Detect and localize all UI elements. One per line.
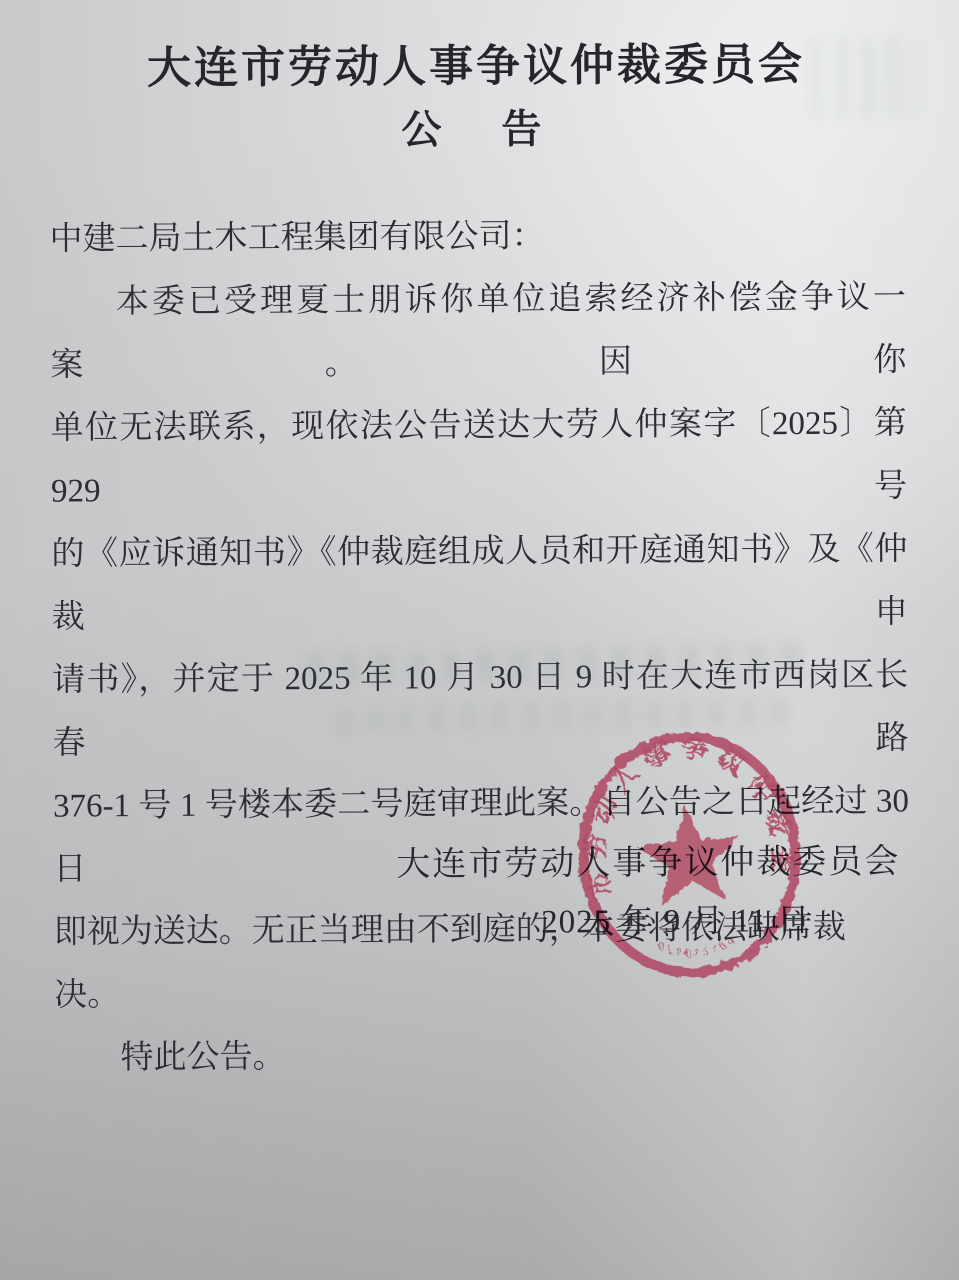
body-line: 单位无法联系，现依法公告送达大劳人仲案字〔2025〕第 929 号 [51, 392, 908, 523]
seal-star-icon [632, 799, 745, 908]
notice-title: 公 告 [0, 95, 956, 158]
paper-content: 大连市劳动人事争议仲裁委员会 公 告 中建二局土木工程集团有限公司： 本委已受理… [0, 0, 959, 1280]
document-photo: 大连市劳动人事争议仲裁委员会 公 告 中建二局土木工程集团有限公司： 本委已受理… [0, 0, 959, 1280]
closing-line: 特此公告。 [54, 1022, 910, 1090]
official-seal: 大连市劳动人事争议仲裁委员会 010035760 [556, 712, 824, 998]
seal-code: 010035760 [655, 933, 741, 963]
page-title: 大连市劳动人事争议仲裁委员会 [0, 27, 956, 97]
svg-text:010035760: 010035760 [655, 933, 741, 963]
body-line: 的《应诉通知书》《仲裁庭组成人员和开庭通知书》及《仲裁申 [51, 518, 908, 649]
recipient-line: 中建二局土木工程集团有限公司： [49, 203, 905, 271]
body-line: 本委已受理夏士朋诉你单位追索经济补偿金争议一案。因你 [50, 266, 907, 397]
